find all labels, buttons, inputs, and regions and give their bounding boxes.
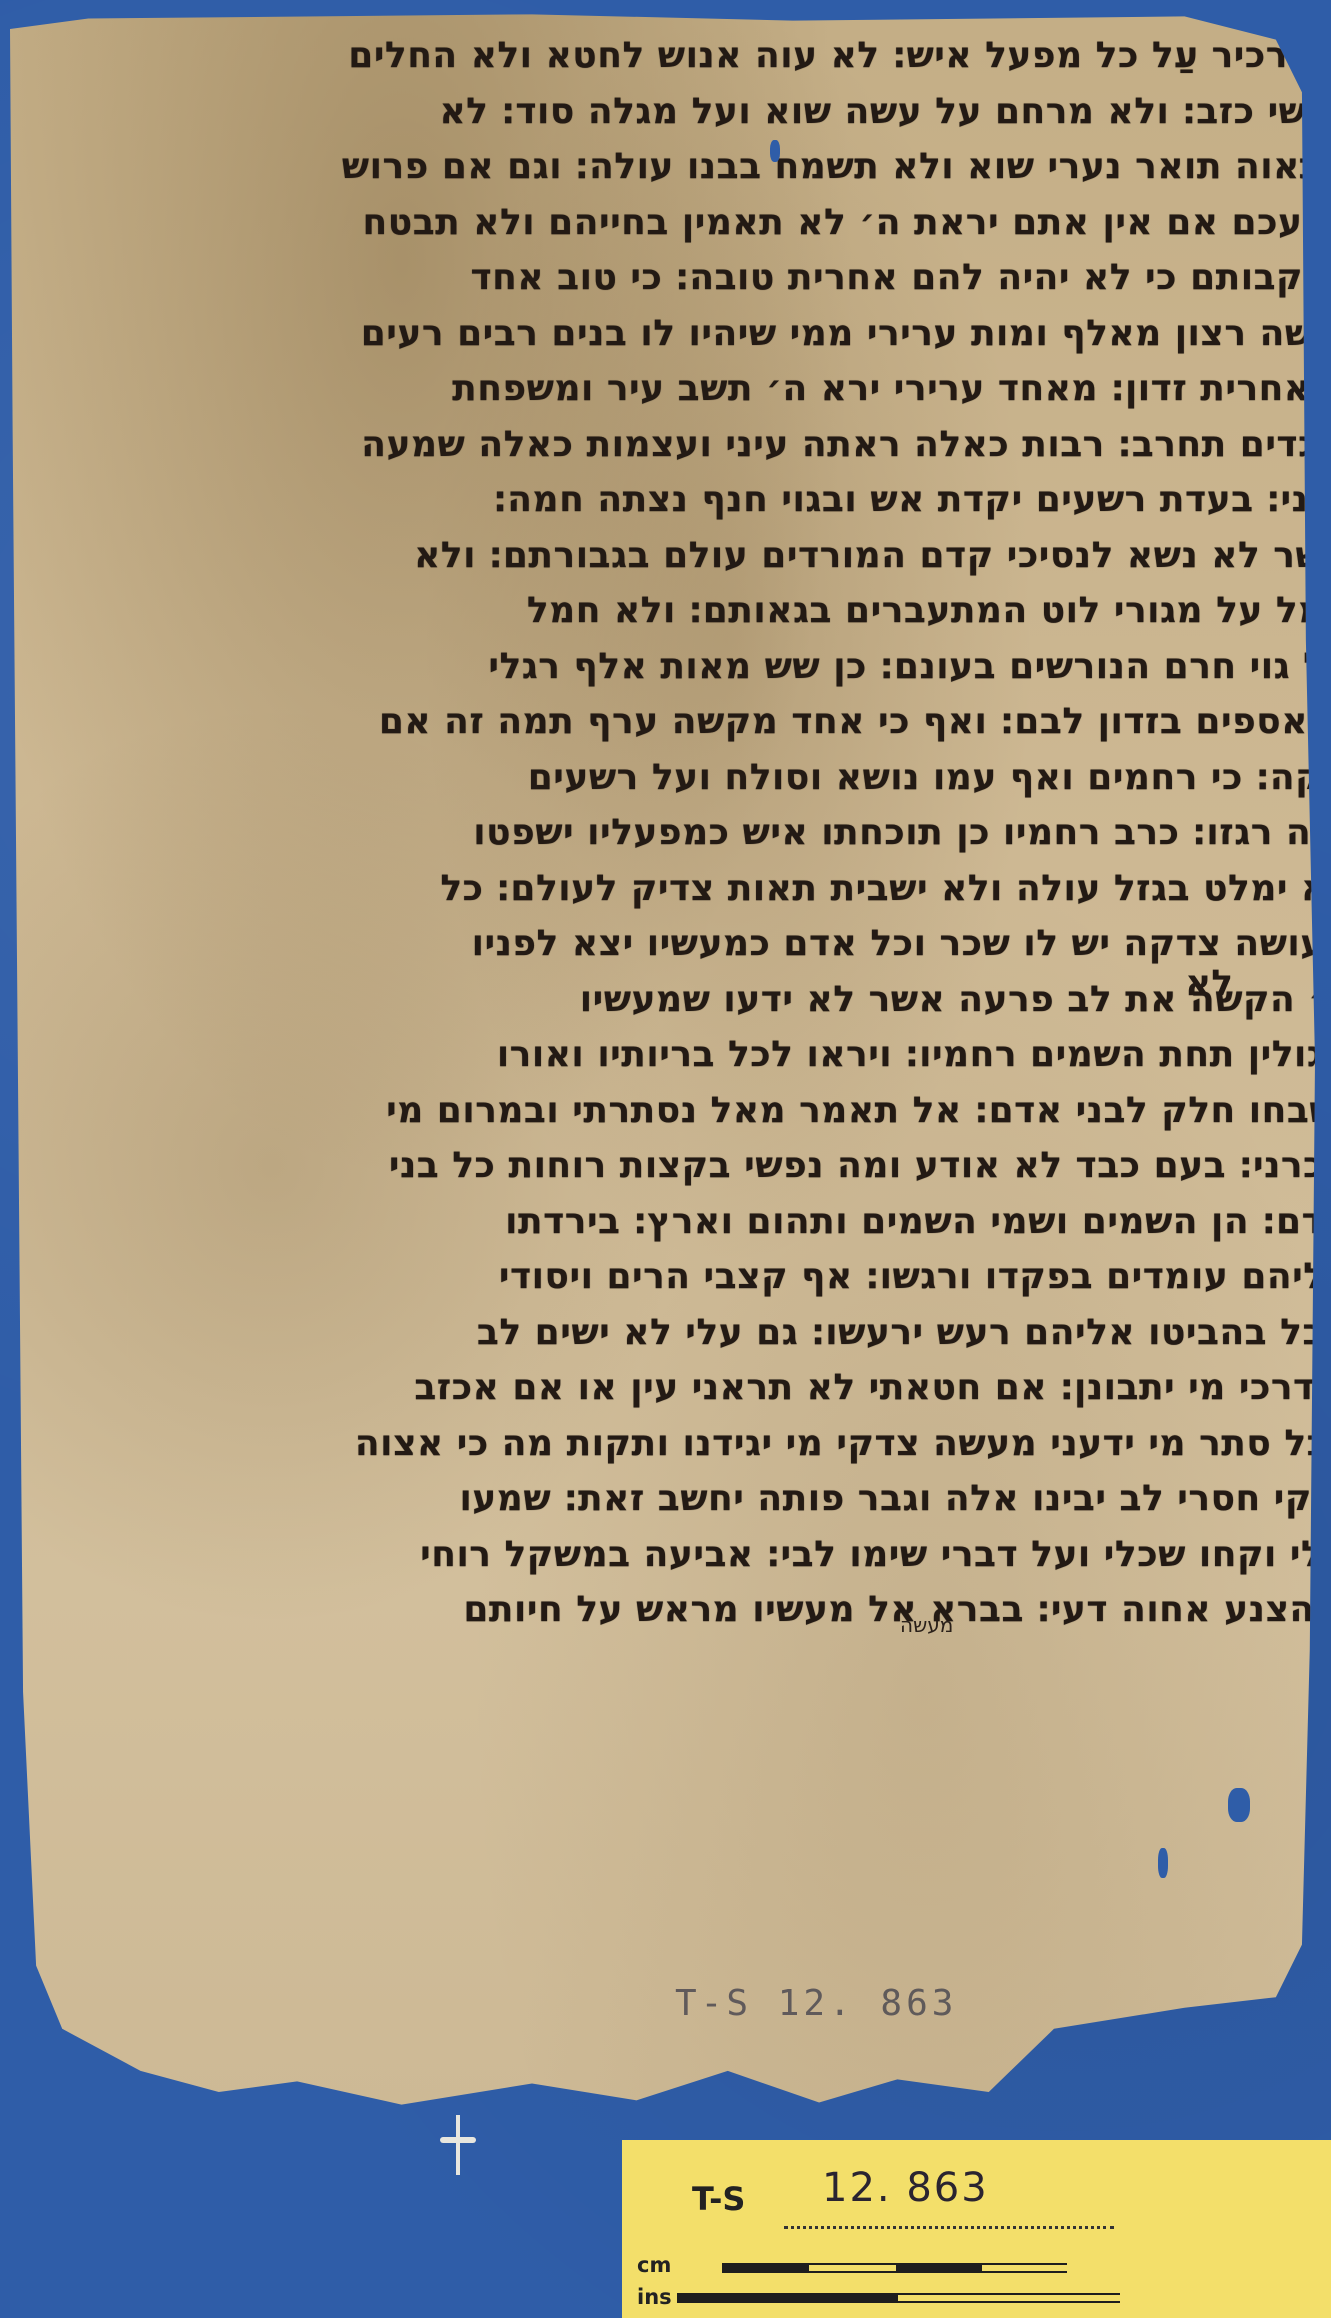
text-line: לא ימלט בגזל עולה ולא ישבית תאות צדיק לע…: [140, 861, 1331, 917]
scale-cm-label: cm: [637, 2253, 671, 2277]
text-line: אדם׃ הן השמים ושמי השמים ותהום וארץ׃ ביר…: [140, 1194, 1331, 1250]
text-line: תתאוה תואר נערי שוא ולא תשמח בבנו עולה׃ …: [140, 139, 1331, 195]
text-line: בוגדים תחרב׃ רבות כאלה ראתה עיני ועצמות …: [140, 417, 1331, 473]
text-line: עושה רצון מאלף ומות ערירי ממי שיהיו לו ב…: [140, 306, 1331, 362]
text-line: ומאחרית זדון׃ מאחד ערירי ירא ה׳ תשב עיר …: [140, 361, 1331, 417]
text-line: העושה צדקה יש לו שכר וכל אדם כמעשיו יצא …: [140, 916, 1331, 972]
interlinear-note: מעשה: [900, 1613, 953, 1637]
manuscript-text: והוירכיר עַל כל מפעל איש׃ לא עוה אנוש לח…: [140, 28, 1331, 1638]
text-line: אנשי כזב׃ ולא מרחם על עשה שוא ועל מגלה ס…: [140, 84, 1331, 140]
label-number: 12. 863: [822, 2165, 989, 2211]
label-dotted-line: [784, 2220, 1114, 2229]
pencil-shelfmark: T-S 12. 863: [675, 1983, 957, 2024]
text-line: חוקי חסרי לב יבינו אלה וגבר פותה יחשב זא…: [140, 1471, 1331, 1527]
scale-bar-cm: [722, 2263, 1067, 2273]
mounting-thread: [440, 2115, 476, 2175]
text-line: אלי וקחו שכלי ועל דברי שימו לבי׃ אביעה ב…: [140, 1527, 1331, 1583]
scale-ins-label: ins: [637, 2285, 672, 2309]
text-line: ושבחו חלק לבני אדם׃ אל תאמר מאל נסתרתי ו…: [140, 1083, 1331, 1139]
text-line: חמל על מגורי לוט המתעברים בגאותם׃ ולא חמ…: [140, 583, 1331, 639]
text-line: על גוי חרם הנורשים בעונם׃ כן שש מאות אלף…: [140, 639, 1331, 695]
text-line: תבל בהביטו אליהם רעש ירעשו׃ גם עלי לא יש…: [140, 1305, 1331, 1361]
text-line: בכל סתר מי ידעני מעשה צדקי מי יגידנו ותק…: [140, 1416, 1331, 1472]
text-line: הנאספים בזדון לבם׃ ואף כי אחד מקשה ערף ת…: [140, 694, 1331, 750]
shelfmark-label: T-S 12. 863 cm ins: [622, 2140, 1331, 2318]
text-line: ינקה׃ כי רחמים ואף עמו נושא וסולח ועל רש…: [140, 750, 1331, 806]
text-line: תבעכם אם אין אתם יראת ה׳ לא תאמין בחייהם…: [140, 195, 1331, 251]
text-line: יגיה רגזו׃ כרב רחמיו כן תוכחתו איש כמפעל…: [140, 805, 1331, 861]
text-line: אשר לא נשא לנסיכי קדם המורדים עולם בגבור…: [140, 528, 1331, 584]
manuscript-fragment: והוירכיר עַל כל מפעל איש׃ לא עוה אנוש לח…: [10, 8, 1315, 2113]
text-line: בעקבותם כי לא יהיה להם אחרית טובה׃ כי טו…: [140, 250, 1331, 306]
scale-bar-ins: [677, 2293, 1120, 2303]
text-line: אזני׃ בעדת רשעים יקדת אש ובגוי חנף נצתה …: [140, 472, 1331, 528]
worm-hole: [1228, 1788, 1250, 1822]
text-line: עליהם עומדים בפקדו ורגשו׃ אף קצבי הרים ו…: [140, 1249, 1331, 1305]
worm-hole: [770, 140, 780, 162]
text-line: ה׳ הקשה את לב פרעה אשר לא ידעו שמעשיו: [140, 972, 1331, 1028]
text-line: יזכרני׃ בעם כבד לא אודע ומה נפשי בקצות ר…: [140, 1138, 1331, 1194]
text-line: והוירכיר עַל כל מפעל איש׃ לא עוה אנוש לח…: [140, 28, 1331, 84]
text-line: ובדרכי מי יתבונן׃ אם חטאתי לא תראני עין …: [140, 1360, 1331, 1416]
worm-hole: [1158, 1848, 1168, 1878]
text-line: ובהצנע אחוה דעי׃ בברא אל מעשיו מראש על ח…: [140, 1582, 1331, 1638]
margin-note: לא: [1185, 963, 1233, 1004]
text-line: מגולין תחת השמים רחמיו׃ ויראו לכל בריותי…: [140, 1027, 1331, 1083]
label-prefix: T-S: [692, 2180, 745, 2218]
